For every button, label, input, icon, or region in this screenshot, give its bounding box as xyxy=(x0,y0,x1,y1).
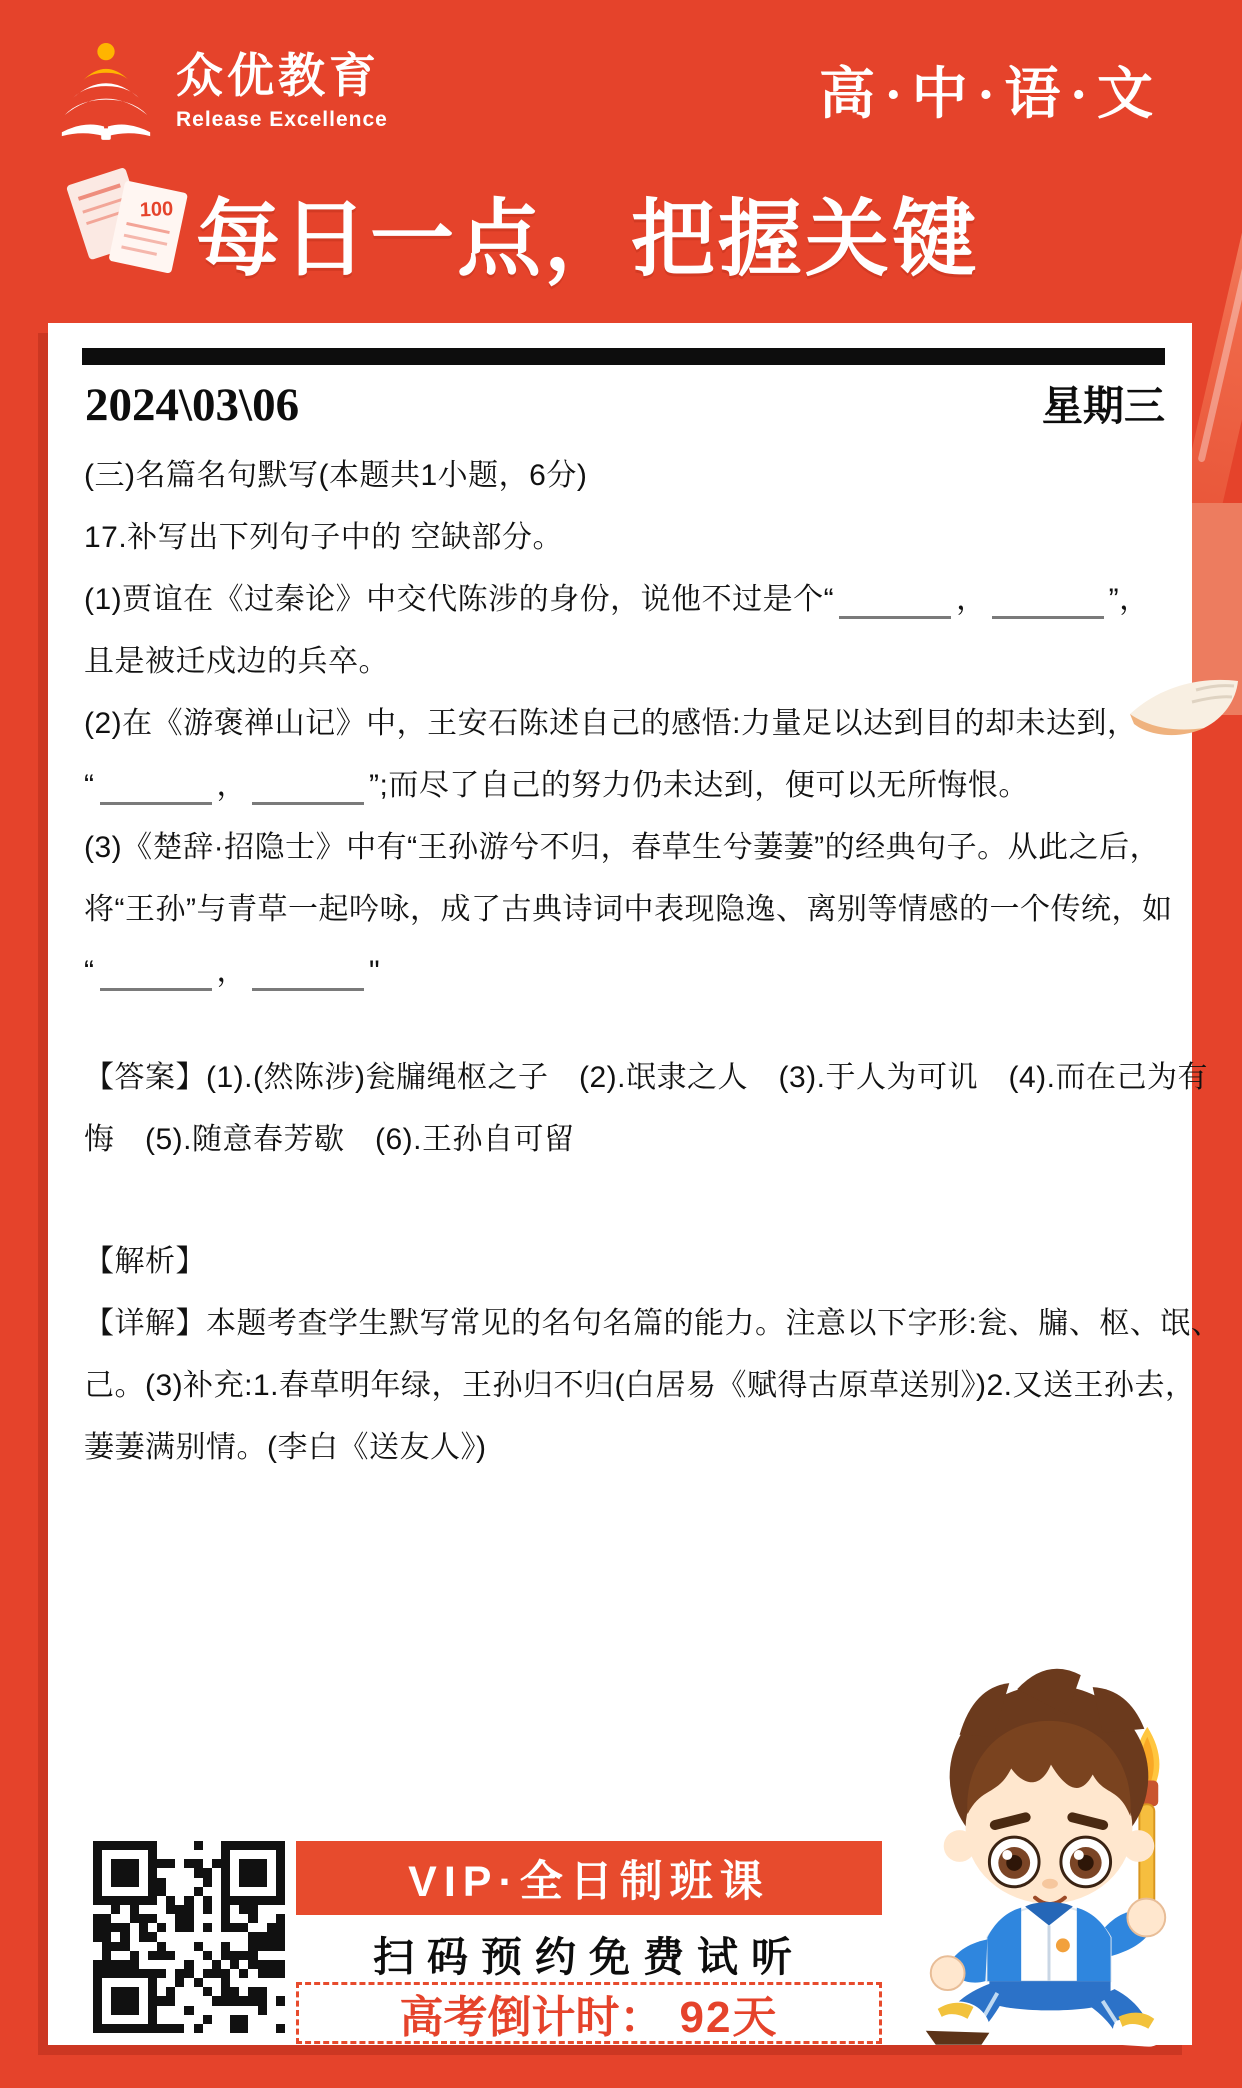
subject-title: 高·中·语·文 xyxy=(819,50,1162,130)
body-line-14: 己。(3)补充:1.春草明年绿，王孙归不归(白居易《赋得古原草送别》)2.又送王… xyxy=(84,1355,1164,1417)
date-divider-bar xyxy=(82,348,1165,365)
brand-name: 众优教育 xyxy=(176,46,388,106)
body-line-1: (三)名篇名句默写(本题共1小题，6分) xyxy=(84,445,1164,507)
body-line-5: (2)在《游褒禅山记》中，王安石陈述自己的感悟:力量足以达到目的却未达到， xyxy=(84,693,1164,755)
body-line-12: 【解析】 xyxy=(84,1231,1164,1293)
body-line-6: “，”;而尽了自己的努力仍未达到，便可以无所悔恨。 xyxy=(84,755,1164,817)
countdown-label: 高考倒计时： xyxy=(400,1981,664,2045)
date-text: 2024\03\06 xyxy=(85,377,299,433)
body-line-13: 【详解】本题考查学生默写常见的名句名篇的能力。注意以下字形:瓮、牖、枢、氓、 xyxy=(84,1293,1164,1355)
brand-tagline: Release Excellence xyxy=(176,108,388,132)
exam-papers-icon: 100 xyxy=(58,158,198,278)
vip-banner: VIP·全日制班课 xyxy=(296,1841,882,1915)
body-line-7: (3)《楚辞·招隐士》中有“王孙游兮不归，春草生兮萋萋”的经典句子。从此之后， xyxy=(84,817,1164,879)
answer-blank xyxy=(252,948,364,991)
paper-scroll-icon xyxy=(1126,672,1242,740)
body-line-10: 【答案】(1).(然陈涉)瓮牖绳枢之子 (2).氓隶之人 (3).于人为可讥 (… xyxy=(84,1047,1164,1109)
answer-blank xyxy=(100,948,212,991)
answer-blank xyxy=(992,576,1104,619)
poster-page: 众优教育 Release Excellence 高·中·语·文 100 每日一点… xyxy=(0,0,1242,2088)
answer-blank xyxy=(100,762,212,805)
body-line-9: “，" xyxy=(84,941,1164,1003)
brand-logo: 众优教育 Release Excellence xyxy=(58,40,388,140)
qr-code[interactable] xyxy=(93,1841,285,2033)
scan-cta-label: 扫码预约免费试听 xyxy=(296,1924,882,1983)
body-line-2: 17.补写出下列句子中的 空缺部分。 xyxy=(84,507,1164,569)
countdown-value: 92天 xyxy=(680,1981,779,2045)
countdown-box: 高考倒计时： 92天 xyxy=(296,1982,882,2044)
student-mascot-icon xyxy=(898,1650,1196,2050)
body-line-15: 萋萋满别情。(李白《送友人》) xyxy=(84,1417,1164,1479)
body-line-3: (1)贾谊在《过秦论》中交代陈涉的身份，说他不过是个“，”， xyxy=(84,569,1164,631)
book-arcs-logo-icon xyxy=(58,40,154,140)
page-title: 每日一点，把握关键 xyxy=(196,172,979,293)
score-100-label: 100 xyxy=(139,198,173,221)
body-line-11: 悔 (5).随意春芳歇 (6).王孙自可留 xyxy=(84,1109,1164,1171)
answer-blank xyxy=(252,762,364,805)
body-line-4: 且是被迁戍边的兵卒。 xyxy=(84,631,1164,693)
body-line-8: 将“王孙”与青草一起吟咏，成了古典诗词中表现隐逸、离别等情感的一个传统，如 xyxy=(84,879,1164,941)
answer-blank xyxy=(839,576,951,619)
weekday-text: 星期三 xyxy=(1042,373,1165,432)
date-row: 2024\03\06 星期三 xyxy=(85,373,1165,433)
question-body: (三)名篇名句默写(本题共1小题，6分)17.补写出下列句子中的 空缺部分。(1… xyxy=(84,445,1164,1479)
